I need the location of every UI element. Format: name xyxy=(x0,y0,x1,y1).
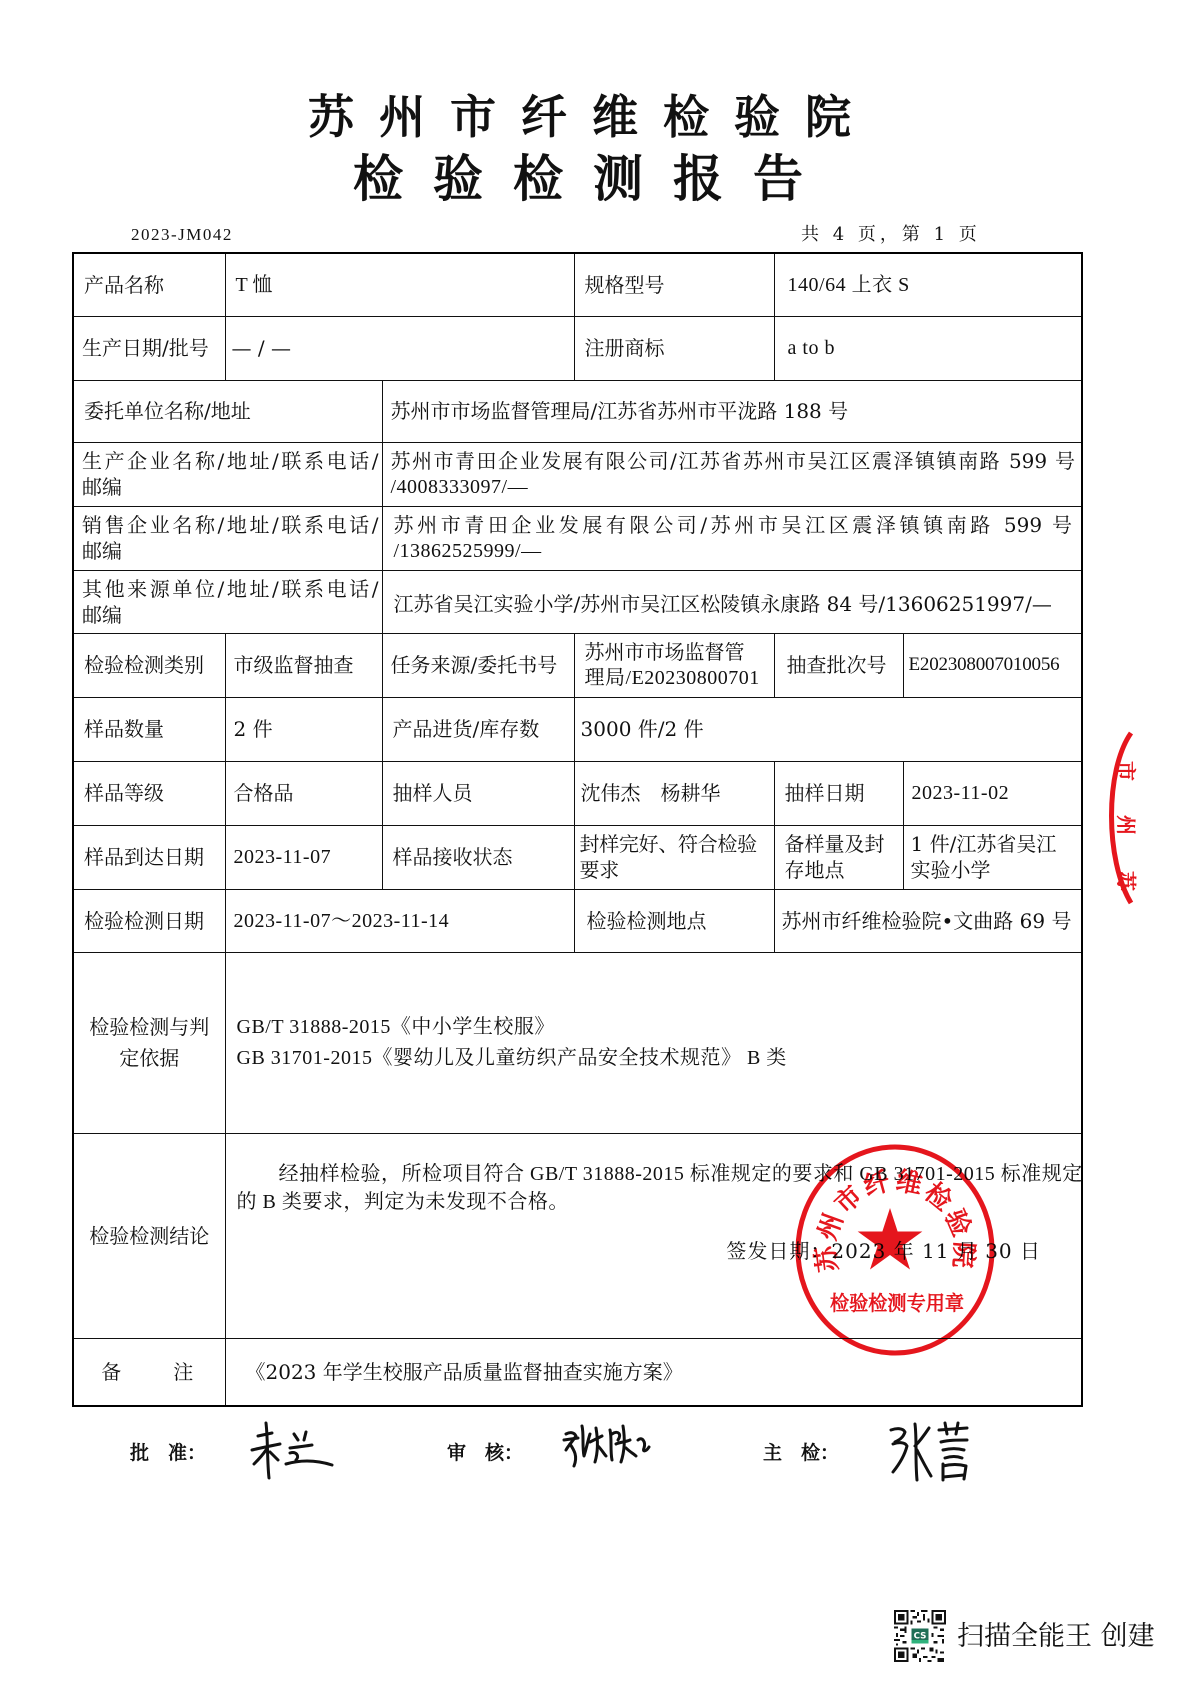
manufacturer-label-line1: 生产企业名称/地址/联系电话/ xyxy=(82,448,379,474)
client-label: 委托单位名称/地址 xyxy=(73,380,382,442)
criteria-standard-1: GB/T 31888-2015《中小学生校服》 xyxy=(237,1012,1072,1043)
table-row: 其他来源单位/地址/联系电话/ 邮编 江苏省吴江实验小学/苏州市吴江区松陵镇永康… xyxy=(73,570,1082,633)
table-row: 检验检测日期 2023-11-07～2023-11-14 检验检测地点 苏州市纤… xyxy=(73,889,1082,952)
criteria-label-line2: 定依据 xyxy=(74,1043,225,1074)
product-name-value: T 恤 xyxy=(225,253,574,316)
manufacturer-label: 生产企业名称/地址/联系电话/ 邮编 xyxy=(73,442,382,506)
sample-qty-value: 2 件 xyxy=(225,697,382,761)
table-row: 委托单位名称/地址 苏州市市场监督管理局/江苏省苏州市平泷路 188 号 xyxy=(73,380,1082,442)
table-row: 样品数量 2 件 产品进货/库存数 3000 件/2 件 xyxy=(73,697,1082,761)
page-info: 共 4 页，第 1 页 xyxy=(801,224,981,246)
other-source-value: 江苏省吴江实验小学/苏州市吴江区松陵镇永康路 84 号/13606251997/… xyxy=(382,570,1082,633)
table-row: 生产日期/批号 — / — 注册商标 a to b xyxy=(73,316,1082,380)
reserve-sample-label: 备样量及封 存地点 xyxy=(774,825,903,889)
seller-value: 苏州市青田企业发展有限公司/苏州市吴江区震泽镇镇南路 599 号 /138625… xyxy=(382,506,1082,570)
scanner-watermark-text: 扫描全能王 创建 xyxy=(957,1620,1155,1654)
table-row: 生产企业名称/地址/联系电话/ 邮编 苏州市青田企业发展有限公司/江苏省苏州市吴… xyxy=(73,442,1082,506)
sample-qty-label: 样品数量 xyxy=(73,697,225,761)
task-source-value-line1: 苏州市市场监督管 xyxy=(585,639,764,665)
trademark-label: 注册商标 xyxy=(574,316,774,380)
seller-value-line2: /13862525999/— xyxy=(394,538,1073,564)
reserve-sample-label-line2: 存地点 xyxy=(785,857,893,883)
report-number: 2023-JM042 xyxy=(131,224,233,246)
remarks-label: 备 注 xyxy=(73,1338,225,1406)
approver-signature xyxy=(250,1420,336,1480)
test-category-label: 检验检测类别 xyxy=(73,633,225,697)
client-value: 苏州市市场监督管理局/江苏省苏州市平泷路 188 号 xyxy=(382,380,1082,442)
table-row: 产品名称 T 恤 规格型号 140/64 上衣 S xyxy=(73,253,1082,316)
receipt-status-label: 样品接收状态 xyxy=(382,825,574,889)
criteria-label-line1: 检验检测与判 xyxy=(74,1012,225,1043)
batch-no-label: 抽查批次号 xyxy=(774,633,903,697)
report-type-title: 检验检测报告 xyxy=(353,148,833,210)
sampling-date-label: 抽样日期 xyxy=(774,761,903,825)
arrival-date-label: 样品到达日期 xyxy=(73,825,225,889)
stock-label: 产品进货/库存数 xyxy=(382,697,574,761)
seller-label: 销售企业名称/地址/联系电话/ 邮编 xyxy=(73,506,382,570)
table-row: 样品等级 合格品 抽样人员 沈伟杰 杨耕华 抽样日期 2023-11-02 xyxy=(73,761,1082,825)
production-date-batch-label: 生产日期/批号 xyxy=(73,316,225,380)
side-seal-glyph: 州 xyxy=(1114,815,1138,835)
task-source-value: 苏州市市场监督管 理局/E20230800701 xyxy=(574,633,774,697)
manufacturer-value-line2: /4008333097/— xyxy=(391,474,1076,500)
reserve-sample-value: 1 件/江苏省吴江 实验小学 xyxy=(903,825,1082,889)
sampling-date-value: 2023-11-02 xyxy=(903,761,1082,825)
manufacturer-value-line1: 苏州市青田企业发展有限公司/江苏省苏州市吴江区震泽镇镇南路 599 号 xyxy=(391,448,1076,474)
receipt-status-value: 封样完好、符合检验 要求 xyxy=(574,825,774,889)
star-icon xyxy=(858,1208,923,1270)
trademark-value: a to b xyxy=(774,316,1082,380)
approver-label: 批 准： xyxy=(130,1441,206,1465)
sample-grade-label: 样品等级 xyxy=(73,761,225,825)
task-source-label: 任务来源/委托书号 xyxy=(382,633,574,697)
spec-model-value: 140/64 上衣 S xyxy=(774,253,1082,316)
seller-value-line1: 苏州市青田企业发展有限公司/苏州市吴江区震泽镇镇南路 599 号 xyxy=(394,512,1073,538)
sample-grade-value: 合格品 xyxy=(225,761,382,825)
criteria-standard-2: GB 31701-2015《婴幼儿及儿童纺织产品安全技术规范》 B 类 xyxy=(237,1043,1072,1074)
manufacturer-label-line2: 邮编 xyxy=(82,474,379,500)
table-row: 检验检测类别 市级监督抽查 任务来源/委托书号 苏州市市场监督管 理局/E202… xyxy=(73,633,1082,697)
test-category-value: 市级监督抽查 xyxy=(225,633,382,697)
other-source-label: 其他来源单位/地址/联系电话/ 邮编 xyxy=(73,570,382,633)
scanner-logo-text: CS xyxy=(914,1631,927,1641)
report-institution-title: 苏州市纤维检验院 xyxy=(308,88,876,146)
table-row: 销售企业名称/地址/联系电话/ 邮编 苏州市青田企业发展有限公司/苏州市吴江区震… xyxy=(73,506,1082,570)
spec-model-label: 规格型号 xyxy=(574,253,774,316)
reserve-sample-value-line2: 实验小学 xyxy=(911,857,1072,883)
criteria-value: GB/T 31888-2015《中小学生校服》 GB 31701-2015《婴幼… xyxy=(225,952,1082,1133)
table-row: 检验检测与判 定依据 GB/T 31888-2015《中小学生校服》 GB 31… xyxy=(73,952,1082,1133)
samplers-label: 抽样人员 xyxy=(382,761,574,825)
manufacturer-value: 苏州市青田企业发展有限公司/江苏省苏州市吴江区震泽镇镇南路 599 号 /400… xyxy=(382,442,1082,506)
seller-label-line1: 销售企业名称/地址/联系电话/ xyxy=(82,512,379,538)
test-date-label: 检验检测日期 xyxy=(73,889,225,952)
reserve-sample-label-line1: 备样量及封 xyxy=(785,831,893,857)
criteria-label: 检验检测与判 定依据 xyxy=(73,952,225,1133)
samplers-value: 沈伟杰 杨耕华 xyxy=(574,761,774,825)
test-location-label: 检验检测地点 xyxy=(574,889,774,952)
reviewer-signature xyxy=(560,1420,652,1476)
qr-code-icon: CS xyxy=(894,1610,946,1662)
other-source-label-line2: 邮编 xyxy=(82,602,379,628)
table-row: 样品到达日期 2023-11-07 样品接收状态 封样完好、符合检验 要求 备样… xyxy=(73,825,1082,889)
test-location-value: 苏州市纤维检验院•文曲路 69 号 xyxy=(774,889,1082,952)
seller-label-line2: 邮编 xyxy=(82,538,379,564)
test-date-value: 2023-11-07～2023-11-14 xyxy=(225,889,574,952)
receipt-status-value-line1: 封样完好、符合检验 xyxy=(580,831,764,857)
stock-value: 3000 件/2 件 xyxy=(574,697,1082,761)
receipt-status-value-line2: 要求 xyxy=(580,857,764,883)
official-seal: 苏州市纤维检验院 检验检测专用章 xyxy=(790,1140,1000,1360)
side-seal-partial: 市 州 苏 xyxy=(1095,725,1145,915)
batch-no-value: E202308007010056 xyxy=(903,633,1082,697)
reviewer-label: 审 核： xyxy=(447,1441,523,1465)
product-name-label: 产品名称 xyxy=(73,253,225,316)
reserve-sample-value-line1: 1 件/江苏省吴江 xyxy=(911,831,1072,857)
arrival-date-value: 2023-11-07 xyxy=(225,825,382,889)
side-seal-glyph: 市 xyxy=(1114,761,1138,781)
inspector-signature xyxy=(885,1420,981,1482)
side-seal-glyph: 苏 xyxy=(1114,871,1138,892)
inspector-label: 主 检： xyxy=(763,1441,839,1465)
production-date-batch-value: — / — xyxy=(225,316,574,380)
seal-bottom-text: 检验检测专用章 xyxy=(830,1291,964,1315)
conclusion-label: 检验检测结论 xyxy=(73,1133,225,1338)
task-source-value-line2: 理局/E20230800701 xyxy=(585,665,764,691)
other-source-label-line1: 其他来源单位/地址/联系电话/ xyxy=(82,576,379,602)
